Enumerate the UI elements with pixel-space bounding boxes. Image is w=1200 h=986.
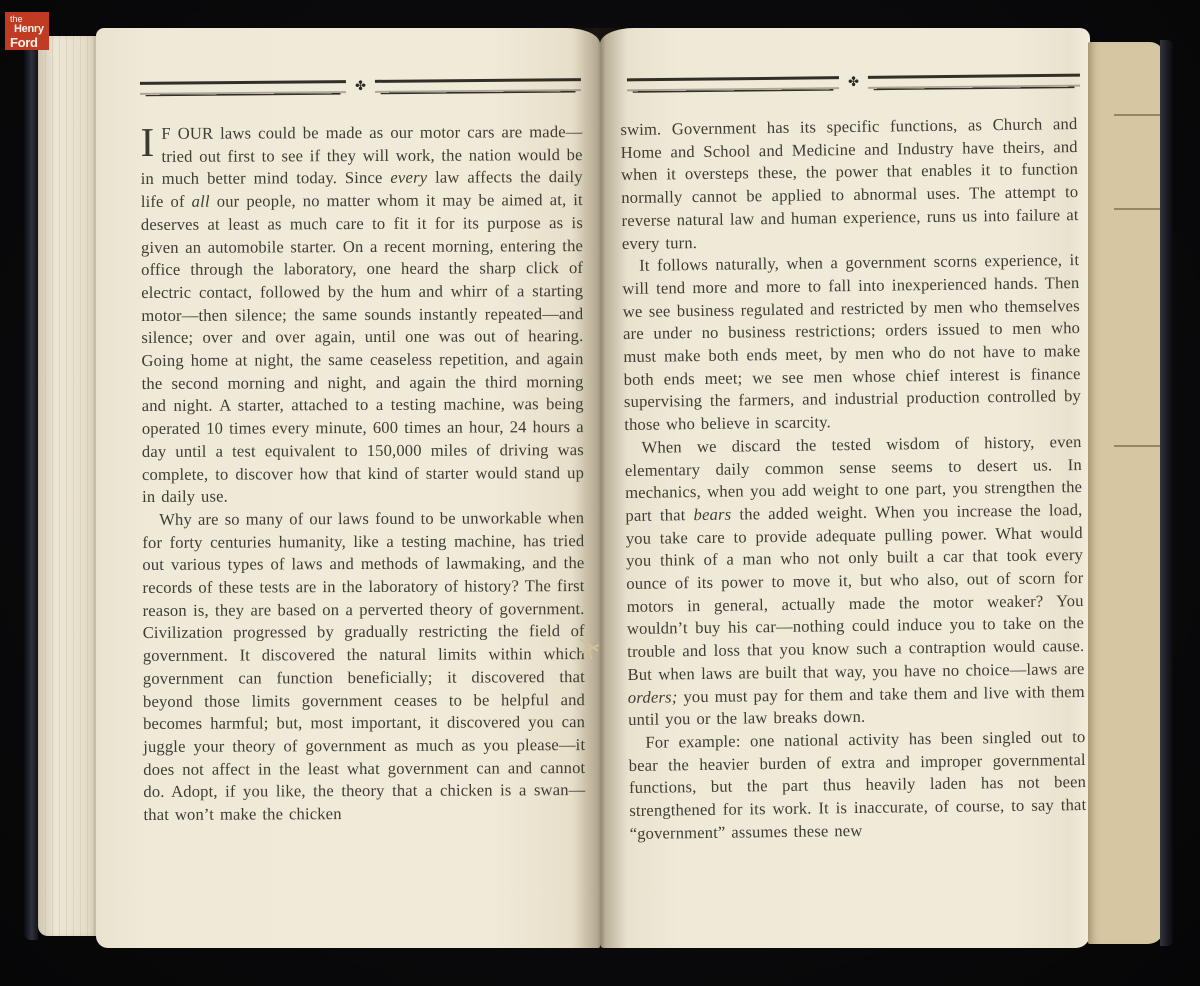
binding-thread — [578, 628, 604, 672]
fleuron-icon: ✤ — [839, 78, 868, 86]
paragraph: For example: one national activity has b… — [628, 726, 1086, 845]
page-stack-left-edge — [38, 36, 98, 936]
book-photo-scene: ✤ ✤ IF OUR laws could be made as our mot… — [0, 0, 1200, 986]
left-page-text: IF OUR laws could be made as our motor c… — [140, 121, 585, 827]
text-run: swim. Government has its specific functi… — [620, 114, 1078, 252]
text-run: you must pay for them and take them and … — [628, 682, 1085, 730]
book-cover-left-edge — [24, 28, 38, 940]
rule-line — [375, 78, 581, 93]
paragraph: It follows naturally, when a government … — [622, 249, 1081, 437]
fleuron-icon: ✤ — [346, 82, 375, 90]
italic-text-run: every — [390, 168, 427, 187]
text-run: For example: one national activity has b… — [629, 727, 1087, 843]
book-cover-right-edge — [1160, 40, 1173, 946]
italic-text-run: orders; — [628, 687, 678, 707]
drop-cap: I — [140, 123, 161, 159]
page-stack-fore-edge — [1088, 42, 1164, 944]
rule-line — [868, 74, 1080, 89]
paragraph: When we discard the tested wisdom of his… — [624, 431, 1085, 732]
paragraph: Why are so many of our laws found to be … — [142, 507, 585, 827]
fore-edge-separation-line — [1114, 445, 1160, 447]
italic-text-run: bears — [693, 505, 731, 524]
italic-text-run: all — [192, 192, 210, 211]
left-page-header-rule: ✤ — [140, 78, 581, 95]
logo-text-ford: Ford — [10, 36, 49, 49]
right-page-header-rule: ✤ — [627, 74, 1080, 92]
fore-edge-separation-line — [1114, 208, 1160, 210]
right-page-text: swim. Government has its specific functi… — [620, 113, 1086, 845]
rule-line — [140, 80, 346, 95]
paragraph: swim. Government has its specific functi… — [620, 113, 1079, 255]
rule-line — [627, 76, 839, 91]
fore-edge-separation-line — [1114, 114, 1160, 116]
henry-ford-logo: the Henry Ford — [5, 12, 49, 50]
text-run: our people, no matter whom it may be aim… — [141, 190, 584, 506]
text-run: It follows naturally, when a government … — [622, 250, 1081, 434]
logo-text-henry: Henry — [14, 24, 49, 35]
text-run: the added weight. When you increase the … — [626, 500, 1085, 684]
text-run: Why are so many of our laws found to be … — [142, 508, 585, 824]
paragraph: IF OUR laws could be made as our motor c… — [140, 121, 584, 509]
